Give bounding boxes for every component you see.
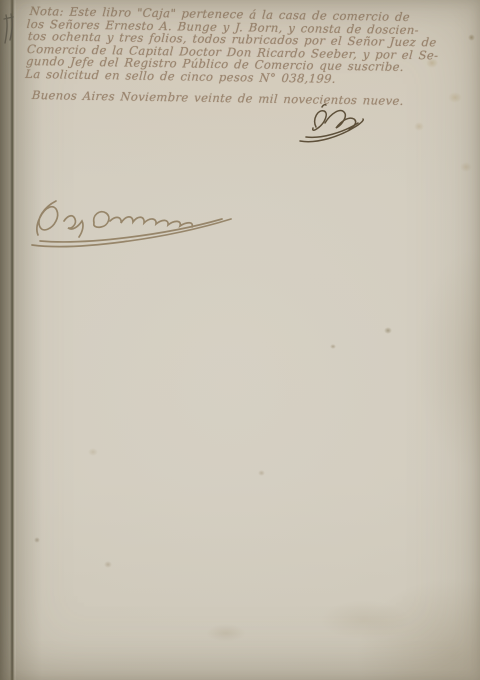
stain-patch [320, 600, 410, 640]
margin-ink-mark [1, 13, 17, 47]
scanned-document-page: Nota: Este libro "Caja" pertenece á la c… [0, 0, 480, 680]
clerk-rubric-signature [292, 101, 376, 147]
foxing-spot [104, 561, 112, 568]
foxing-spot [258, 470, 265, 476]
stain-patch [206, 624, 246, 642]
foxing-spot [460, 162, 472, 172]
handwritten-note: Nota: Este libro "Caja" pertenece á la c… [23, 5, 469, 108]
book-binding-gutter [0, 0, 16, 680]
foxing-spot [468, 34, 475, 41]
official-signature [26, 193, 241, 251]
foxing-spot [414, 122, 424, 131]
foxing-spot [330, 344, 336, 349]
note-date-line: Buenos Aires Noviembre veinte de mil nov… [31, 89, 464, 108]
gutter-shadow [16, 0, 42, 680]
foxing-spot [88, 448, 98, 456]
foxing-spot [384, 327, 392, 334]
